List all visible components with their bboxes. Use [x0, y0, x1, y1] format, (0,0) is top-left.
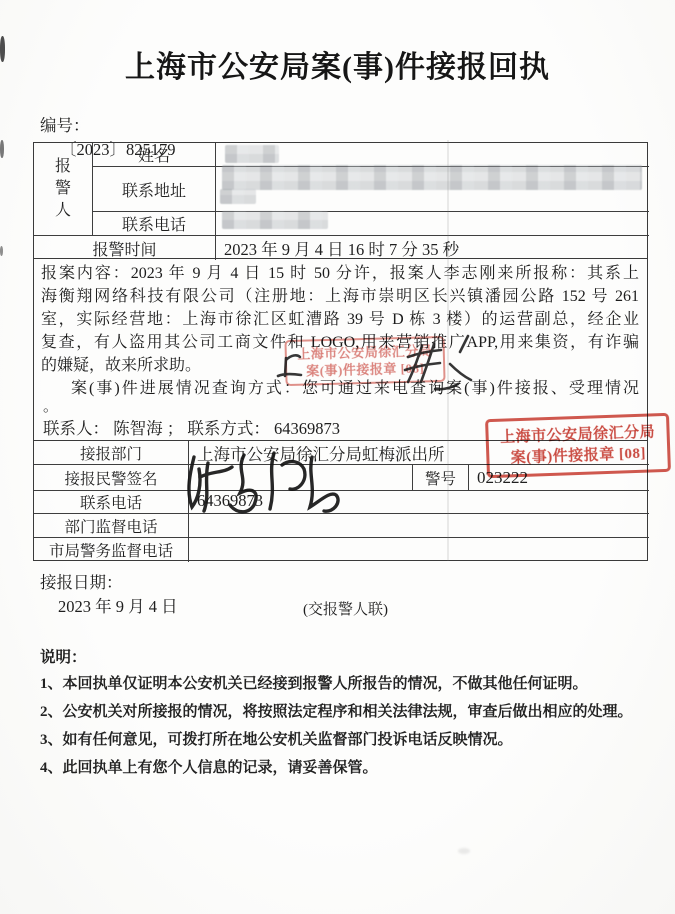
city-supervision-phone-value [189, 538, 649, 562]
address-label-cell: 联系地址 [93, 167, 216, 212]
scan-edge-artifact [0, 36, 5, 62]
name-value-cell [216, 143, 649, 167]
redacted-address-line2 [220, 189, 256, 204]
note-item-3: 3、如有任何意见，可拨打所在地公安机关监督部门投诉电话反映情况。 [40, 728, 652, 749]
note-item-4: 4、此回执单上有您个人信息的记录，请妥善保管。 [40, 756, 652, 777]
page-title: 上海市公安局案(事)件接报回执 [0, 42, 675, 86]
stamp-line2: 案(事)件接报章 [08] [510, 443, 646, 469]
dept-supervision-phone-label: 部门监督电话 [34, 514, 189, 538]
scan-edge-artifact [0, 246, 3, 256]
reporter-group-char: 人 [55, 203, 71, 219]
redacted-name [225, 145, 279, 163]
report-content-line: 海衡翔网络科技有限公司（注册地：上海市崇明区长兴镇潘园公路 152 号 261 [41, 285, 639, 308]
badge-number-label: 警号 [413, 465, 469, 491]
notes-heading: 说明： [40, 645, 87, 667]
note-item-2: 2、公安机关对所接报的情况，将按照法定程序和相关法律法规，审查后做出相应的处理。 [40, 700, 652, 721]
officer-signature-label: 接报民警签名 [34, 465, 189, 491]
scan-smudge-artifact [458, 848, 470, 854]
scanned-police-receipt: 上海市公安局案(事)件接报回执 编号：〔2023〕825179 报 警 人 姓名… [0, 0, 675, 914]
dept-label: 接报部门 [34, 441, 189, 465]
signature-handwriting [178, 447, 353, 519]
city-supervision-phone-label: 市局警务监督电话 [34, 538, 189, 562]
scan-edge-artifact [0, 140, 4, 158]
reporter-group-char: 报 [55, 159, 71, 175]
phone-label-cell: 联系电话 [93, 212, 216, 236]
reporter-group-label: 报 警 人 [34, 143, 93, 236]
redacted-phone [222, 211, 328, 229]
receipt-date-label: 接报日期： [40, 573, 123, 592]
handwritten-annotation-ink [272, 324, 482, 396]
report-time-value: 2023 年 9 月 4 日 16 时 7 分 35 秒 [216, 236, 649, 260]
note-item-1: 1、本回执单仅证明本公安机关已经接到报警人所报告的情况，不做其他任何证明。 [40, 672, 652, 693]
reporter-info-table: 报 警 人 姓名 联系地址 联系电话 报警时间 2023 年 9 月 4 日 1… [33, 142, 648, 259]
name-label-cell: 姓名 [93, 143, 216, 167]
serial-label: 编号： [40, 116, 90, 135]
report-content-line: 报案内容：2023 年 9 月 4 日 15 时 50 分许，报案人李志刚来所报… [41, 262, 639, 285]
redacted-address-line1 [222, 165, 642, 190]
stray-period: 。 [41, 400, 639, 414]
reporter-group-char: 警 [55, 181, 71, 197]
copy-designation-note: (交报警人联) [0, 598, 675, 619]
contact-phone-label: 联系电话 [34, 491, 189, 514]
police-stamp: 上海市公安局徐汇分局 案(事)件接报章 [08] [485, 413, 671, 478]
report-time-label: 报警时间 [34, 236, 216, 260]
